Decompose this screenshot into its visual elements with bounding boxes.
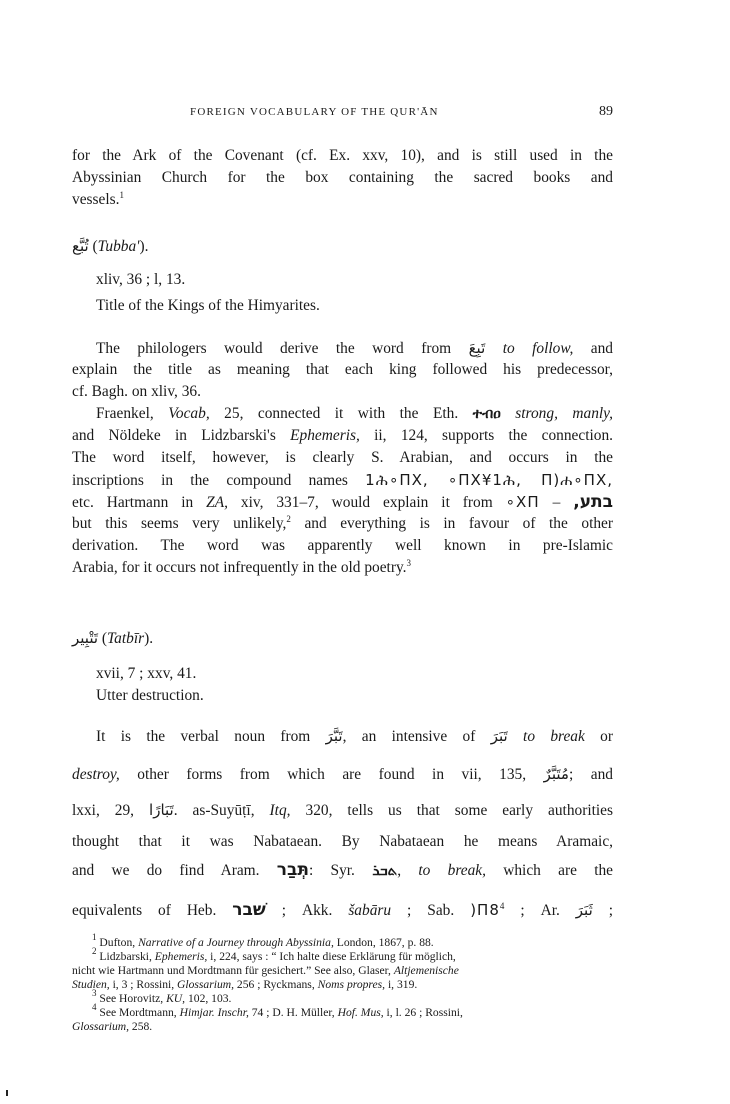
sabaean-names: 1ሕ∘ΠX, ∘ΠX¥1ሕ, Π)ሐ∘ΠX, (365, 471, 613, 489)
body-line: and Nöldeke in Lidzbarski's Ephemeris, i… (72, 426, 613, 446)
body-line: for the Ark of the Covenant (cf. Ex. xxv… (72, 146, 613, 166)
running-title: FOREIGN VOCABULARY OF THE QUR'ĀN (190, 106, 439, 118)
body-line: derivation. The word was apparently well… (72, 536, 613, 556)
entry-references: xvii, 7 ; xxv, 41. (96, 664, 613, 684)
footnote-2-cont: nicht wie Hartmann und Mordtmann für ges… (72, 964, 613, 978)
footnote-3: 3 See Horovitz, KU, 102, 103. (72, 992, 613, 1006)
body-line: vessels.1 (72, 190, 613, 210)
footnote-4-cont: Glossarium, 258. (72, 1020, 613, 1034)
sabaean-word: ∘XΠ (506, 493, 540, 511)
sabaean-word: )Π8 (470, 901, 500, 919)
footnote-4: 4 See Mordtmann, Himjar. Inschr, 74 ; D.… (72, 1006, 613, 1020)
book-page: FOREIGN VOCABULARY OF THE QUR'ĀN 89 for … (0, 0, 730, 1104)
page-number: 89 (599, 104, 613, 120)
arabic-word: تَبَارًا (149, 801, 174, 819)
body-line: It is the verbal noun from تَبَّرَ, an i… (72, 726, 613, 747)
entry-gloss: Title of the Kings of the Himyarites. (96, 296, 613, 316)
footnote-2-cont: Studien, i, 3 ; Rossini, Glossarium, 256… (72, 978, 613, 992)
aramaic-word: תְּבַר (277, 860, 309, 880)
body-line: Abyssinian Church for the box containing… (72, 168, 613, 188)
syriac-word: ܬܒܪ (372, 861, 397, 879)
body-line: inscriptions in the compound names 1ሕ∘ΠX… (72, 470, 613, 491)
arabic-word: تَبِعَ (469, 339, 486, 357)
footnote-1: 1 Dufton, Narrative of a Journey through… (72, 936, 613, 950)
hebrew-word: שׁבר (232, 900, 266, 920)
body-line: but this seems very unlikely,2 and every… (72, 514, 613, 534)
body-line: The word itself, however, is clearly S. … (72, 448, 613, 468)
footnote-2: 2 Lidzbarski, Ephemeris, i, 224, says : … (72, 950, 613, 964)
body-line: thought that it was Nabataean. By Nabata… (72, 832, 613, 852)
arabic-word: تَبَرَ (491, 727, 508, 745)
body-line: cf. Bagh. on xliv, 36. (72, 382, 613, 402)
arabic-headword: تُبَّع (72, 237, 89, 255)
body-line: etc. Hartmann in ZA, xiv, 331–7, would e… (72, 492, 613, 513)
footnote-ref: 3 (407, 558, 412, 568)
arabic-headword: تَتْبِير (72, 629, 98, 647)
entry-references: xliv, 36 ; l, 13. (96, 270, 613, 290)
hebrew-word: בתע, (573, 492, 613, 512)
body-line: Fraenkel, Vocab, 25, connected it with t… (72, 404, 613, 424)
body-line: The philologers would derive the word fr… (72, 338, 613, 359)
body-line: equivalents of Heb. שׁבר ; Akk. šabāru ;… (72, 900, 613, 921)
footnote-ref: 1 (119, 190, 124, 200)
arabic-word: ثَبَرَ (576, 901, 593, 919)
transliteration: Tatbīr (107, 630, 144, 647)
entry-headword: تَتْبِير (Tatbīr). (72, 628, 613, 649)
arabic-word: تَبَّرَ (326, 727, 343, 745)
entry-headword: تُبَّع (Tubba'). (72, 236, 613, 257)
ethiopic-word: ተብዐ (473, 406, 501, 422)
arabic-word: مُتَبَّرٌ (544, 765, 569, 783)
body-line: Arabia, for it occurs not infrequently i… (72, 558, 613, 578)
footnote-ref: 2 (286, 514, 291, 524)
scan-mark (6, 1090, 8, 1096)
transliteration: Tubba' (98, 238, 140, 255)
body-line: and we do find Aram. תְּבַר: Syr. ܬܒܪ, t… (72, 860, 613, 881)
entry-gloss: Utter destruction. (96, 686, 613, 706)
body-line: lxxi, 29, تَبَارًا. as-Suyūṭī, Itq, 320,… (72, 800, 613, 821)
body-line: explain the title as meaning that each k… (72, 360, 613, 380)
body-line: destroy, other forms from which are foun… (72, 764, 613, 785)
